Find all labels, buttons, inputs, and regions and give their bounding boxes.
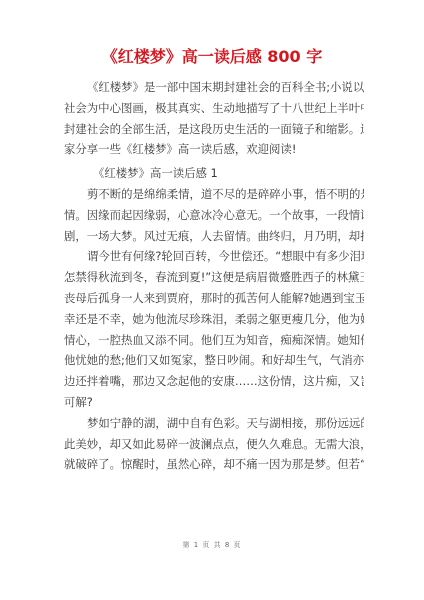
- section-heading: 《红楼梦》高一读后感 1: [64, 163, 364, 184]
- paragraph-line: 就破碎了。惊醒时，虽然心碎，却不痛一因为那是梦。但若“花落花: [64, 454, 364, 475]
- paragraph-line: 情。因缘而起因缘弱，心意冰冷心意无。一个故事，一段情话，一幕悲: [64, 205, 364, 226]
- paragraph-line: 怎禁得秋流到冬，春流到夏!”这便是病眉微蹙胜西子的林黛玉。她: [64, 267, 364, 288]
- paragraph-line: 此美妙，却又如此易碎一波澜点点，便久久难息。无需大浪，这美丽: [64, 434, 364, 455]
- paragraph-line: 剪不断的是绵绵柔情，道不尽的是碎碎小事，悟不明的是点点真: [64, 184, 364, 205]
- paragraph-line: 可解?: [64, 392, 364, 413]
- paragraph-line: 谓今世有何缘?轮回百转，今世偿还。“想眼中有多少泪珠儿，: [64, 246, 364, 267]
- intro-line: 封建社会的全部生活，是这段历史生活的一面镜子和缩影。这里给大: [64, 119, 364, 140]
- intro-line: 社会为中心图画，极其真实、生动地描写了十八世纪上半叶中国末期: [64, 98, 364, 119]
- paragraph-line: 他忧她的愁;他们又如冤家，整日吵闹。和好却生气，气消亦解忧;这: [64, 350, 364, 371]
- intro-line: 家分享一些《红楼梦》高一读后感，欢迎阅读!: [64, 139, 364, 160]
- paragraph-line: 剧，一场大梦。风过无痕，人去留情。曲终归，月乃明，却把红楼梦。: [64, 226, 364, 247]
- paragraph-line: 情心，一腔热血又添不同。他们互为知音，痴痴深情。她知他的心，: [64, 330, 364, 351]
- paragraph-line: 幸还是不幸，她为他流尽珍珠泪，柔弱之躯更瘦几分，他为她抛去多: [64, 309, 364, 330]
- document-page: 《红楼梦》高一读后感 800 字 《红楼梦》是一部中国末期封建社会的百科全书;小…: [0, 0, 424, 600]
- document-body: 《红楼梦》是一部中国末期封建社会的百科全书;小说以上层贵族 社会为中心图画，极其…: [64, 77, 364, 475]
- paragraph-line: 梦如宁静的湖，湖中自有色彩。天与湖相接，那份远远的和谐如: [64, 413, 364, 434]
- paragraph-line: 丧母后孤身一人来到贾府，那时的孤苦何人能解?她遇到宝玉不知是: [64, 288, 364, 309]
- paragraph-line: 边还拌着嘴，那边又念起他的安康……这份情，这片痴，又岂是朝暮: [64, 371, 364, 392]
- document-title: 《红楼梦》高一读后感 800 字: [0, 46, 424, 68]
- intro-line: 《红楼梦》是一部中国末期封建社会的百科全书;小说以上层贵族: [64, 77, 364, 98]
- page-number-footer: 第 1 页 共 8 页: [0, 540, 424, 550]
